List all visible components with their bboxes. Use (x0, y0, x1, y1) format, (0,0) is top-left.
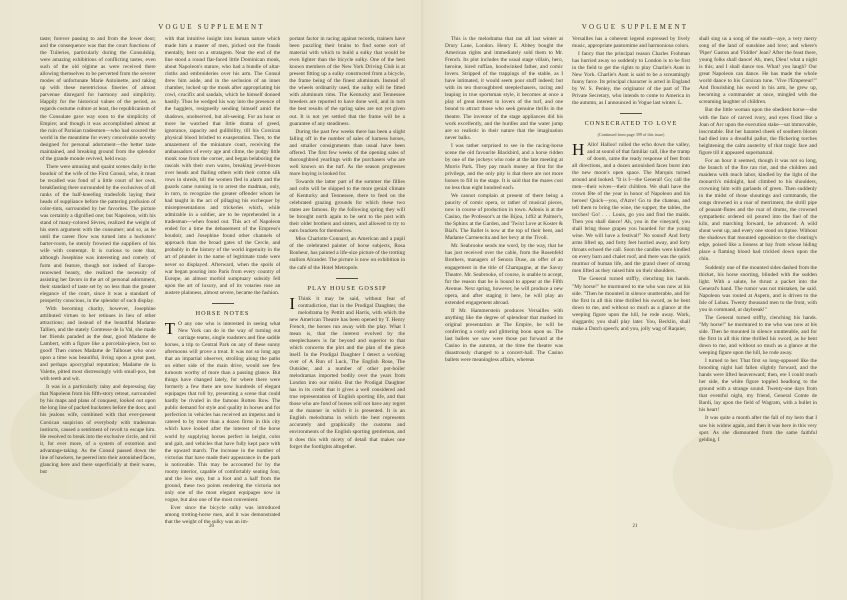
page-gutter (421, 0, 425, 600)
paragraph: For an hour it seemed, though it was not… (699, 158, 817, 264)
column-3: shall sing us a song of the south—aye, a… (699, 36, 817, 542)
paragraph: Miss Charlotte Connard, an American and … (289, 236, 405, 271)
paragraph-text: Allo! Halloo! rolled the echo down the v… (572, 142, 690, 275)
running-head: VOGUE SUPPLEMENT (0, 23, 423, 31)
paragraph: Ever since the bicycle sulky was introdu… (165, 505, 281, 526)
paragraph: During the past few weeks there has been… (289, 129, 405, 178)
section-rule (336, 278, 358, 279)
paragraph: If Mr. Hammerstein produces Versailles w… (445, 308, 563, 364)
paragraph: with that intuitive insight into human n… (165, 36, 281, 297)
paragraph-text: O any one who is interested in seeing wh… (165, 321, 281, 503)
section-subtitle: (Continued from page 399 of this issue) (572, 131, 690, 138)
paragraph: But the little woman upon the obedient h… (699, 107, 817, 156)
text-columns: This is the melodrama that ran all last … (445, 36, 817, 542)
section-title: PLAY HOUSE GOSSIP (289, 285, 405, 292)
column-1: taste; forever passing to and from the l… (40, 36, 156, 542)
paragraph: portant factor in racing against records… (289, 36, 405, 128)
left-page: VOGUE SUPPLEMENT taste; forever passing … (0, 0, 423, 600)
paragraph: taste; forever passing to and from the l… (40, 36, 156, 163)
paragraph: Mr. Seabrooke sends me word, by the way,… (445, 243, 563, 306)
paragraph: It was quite a month after the fall of m… (699, 415, 817, 443)
drop-cap: I (289, 297, 295, 311)
column-2: with that intuitive insight into human n… (165, 36, 281, 542)
paragraph: I fancy that the principal reason Charle… (572, 51, 690, 107)
paragraph: I turned to her. That first so long-oppo… (699, 358, 817, 414)
paragraph: This is the melodrama that ran all last … (445, 36, 563, 142)
text-columns: taste; forever passing to and from the l… (40, 36, 405, 542)
paragraph: HAllo! Halloo! rolled the echo down the … (572, 142, 690, 276)
drop-cap: H (572, 143, 584, 157)
paragraph: Towards the latter part of the summer th… (289, 179, 405, 235)
section-heading-horse-notes: HORSE NOTES (165, 303, 281, 317)
paragraph: Versailles has a coherent legend express… (572, 36, 690, 50)
paragraph: There were amusing and quaint scenes dai… (40, 164, 156, 305)
column-2: Versailles has a coherent legend express… (572, 36, 690, 542)
magazine-spread: VOGUE SUPPLEMENT taste; forever passing … (0, 0, 847, 600)
paragraph: IThink it may be said, without fear of c… (289, 296, 405, 451)
drop-cap: T (165, 322, 175, 336)
page-number: 20 (0, 524, 423, 529)
paragraph: Suddenly one of the mounted sides dashed… (699, 265, 817, 314)
section-heading-consecrated-to-love: CONSECRATED TO LOVE (Continued from page… (572, 113, 690, 137)
column-1: This is the melodrama that ran all last … (445, 36, 563, 542)
paragraph: The General turned stiffly, clenching hi… (699, 315, 817, 357)
right-page: VOGUE SUPPLEMENT This is the melodrama t… (423, 0, 847, 600)
paragraph: TO any one who is interested in seeing w… (165, 321, 281, 504)
page-number: 21 (423, 524, 847, 529)
running-head: VOGUE SUPPLEMENT (423, 23, 847, 31)
section-rule (212, 303, 234, 304)
paragraph: The General turned stiffly, clenching hi… (572, 276, 690, 332)
section-title: CONSECRATED TO LOVE (572, 120, 690, 127)
section-rule (620, 113, 642, 114)
section-title: HORSE NOTES (165, 310, 281, 317)
paragraph: With becoming charity, however, Josephin… (40, 306, 156, 384)
paragraph: I was rather surprised to see in the rac… (445, 143, 563, 192)
section-heading-play-house-gossip: PLAY HOUSE GOSSIP (289, 278, 405, 292)
paragraph-text: Think it may be said, without fear of co… (289, 296, 405, 450)
paragraph: It was in a particularly rainy and depre… (40, 384, 156, 476)
paragraph: shall sing us a song of the south—aye, a… (699, 36, 817, 106)
column-3: portant factor in racing against records… (289, 36, 405, 542)
paragraph: We cannot complain at present of there b… (445, 193, 563, 242)
